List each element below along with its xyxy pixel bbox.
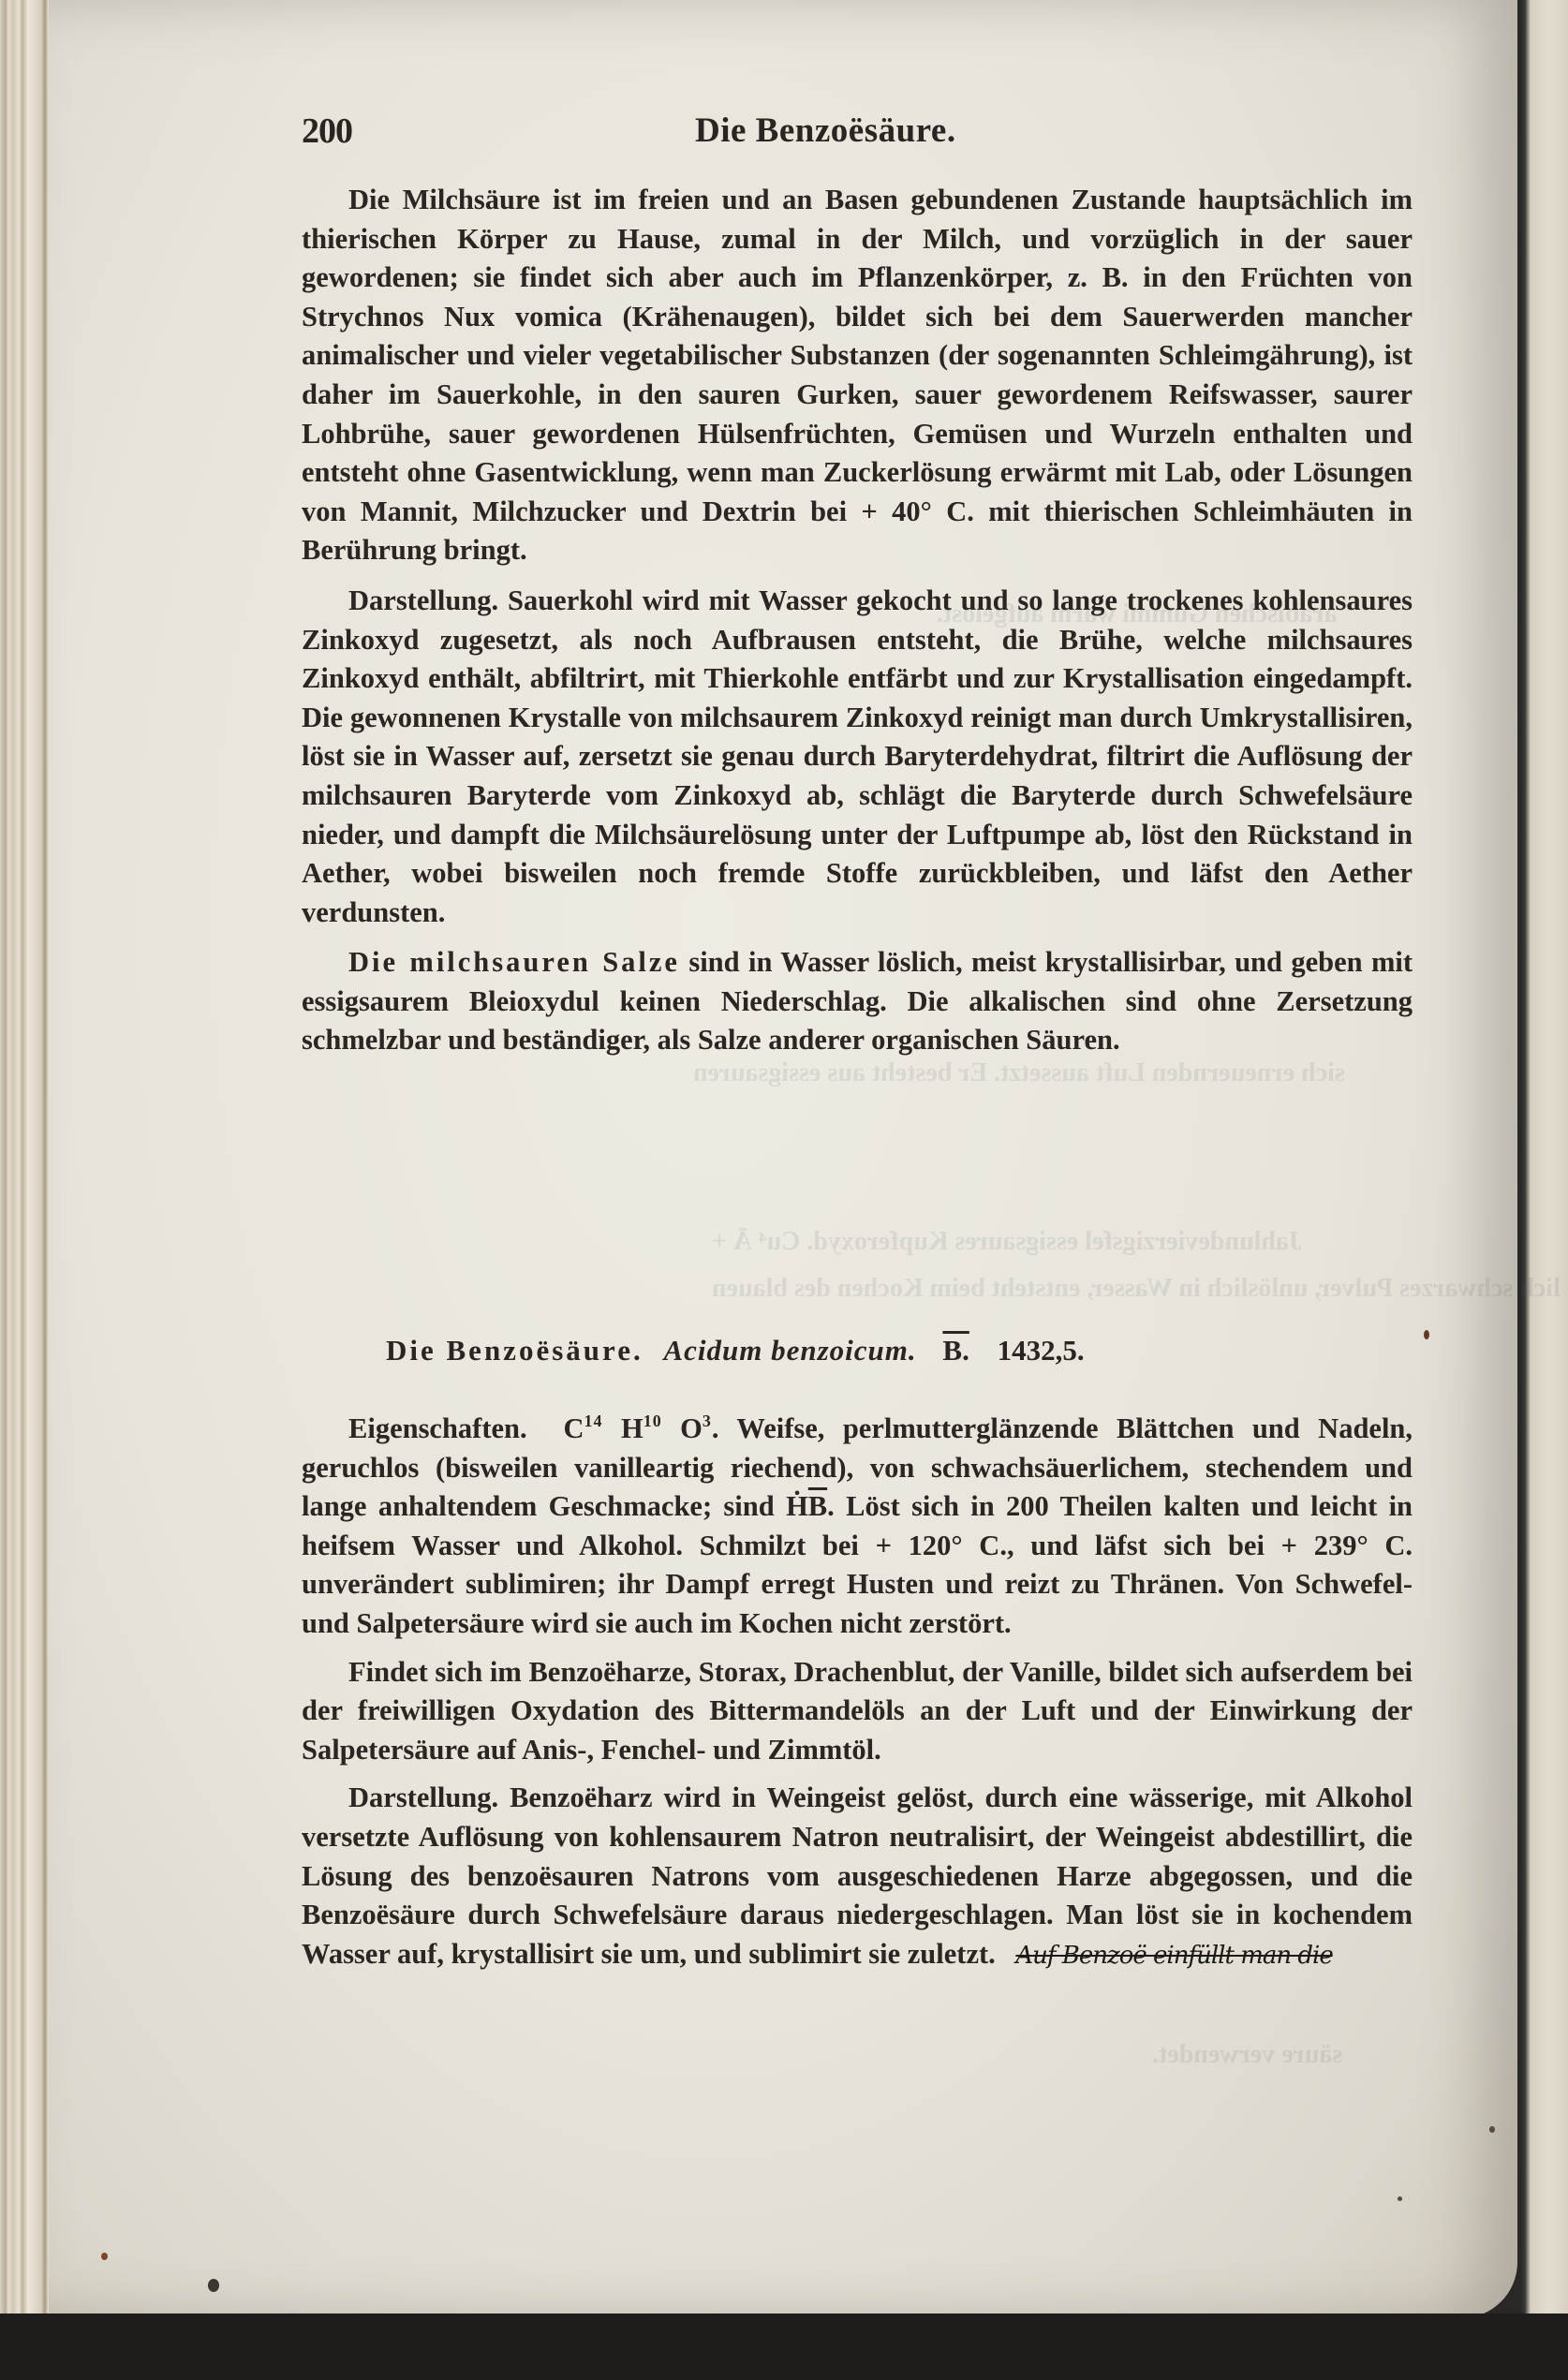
paper-stain <box>1489 2126 1495 2133</box>
section-heading-benzoesaeure: Die Benzoësäure. Acidum benzoicum. B. 14… <box>386 1334 1085 1367</box>
page-number: 200 <box>302 111 352 152</box>
paragraph-vorkommen: Findet sich im Benzoëharze, Storax, Drac… <box>302 1653 1413 1770</box>
paragraph-benzoe-darstellung: Darstellung. Benzoëharz wird in Weingeis… <box>302 1779 1413 1975</box>
chemical-formula: C14 H10 O3. <box>545 1412 718 1444</box>
ink-smudge <box>208 2279 219 2292</box>
formula-element: O <box>680 1412 703 1444</box>
paragraph-milchsaeure-darstellung: Darstellung. Sauerkohl wird mit Wasser g… <box>302 582 1413 932</box>
book-bottom-shadow <box>0 2313 1568 2380</box>
adjacent-page-edge <box>1521 0 1568 2323</box>
paragraph-eigenschaften: Eigenschaften. C14 H10 O3. Weifse, perlm… <box>302 1402 1413 1644</box>
paragraph-milchsaeure-intro: Die Milchsäure ist im freien und an Base… <box>302 181 1413 570</box>
paragraph-lead: Eigenschaften. <box>348 1412 527 1444</box>
running-header: 200 Die Benzoësäure. <box>302 111 1413 157</box>
section-benzoesaeure: Eigenschaften. C14 H10 O3. Weifse, perlm… <box>302 1402 1413 1985</box>
paragraph-text: Sauerkohl wird mit Wasser gekocht und so… <box>302 584 1413 928</box>
running-title: Die Benzoësäure. <box>695 111 956 151</box>
formula-end: . <box>712 1412 719 1444</box>
formula-subscript: 3 <box>703 1412 712 1430</box>
formula-subscript: 10 <box>643 1412 662 1430</box>
paper-stain <box>1424 1330 1429 1339</box>
bleed-through-text: säure verwendet. <box>1152 2040 1342 2070</box>
paragraph-lead: Die milchsauren Salze <box>348 946 680 978</box>
bleed-through-text: lich schwarzes Pulver, unlöslich in Wass… <box>712 1274 1561 1304</box>
paragraph-text: Die Milchsäure ist im freien und an Base… <box>302 184 1413 566</box>
heading-name: Die Benzoësäure. <box>386 1334 643 1367</box>
formula-element: C <box>564 1412 584 1444</box>
section-milchsaeure: Die Milchsäure ist im freien und an Base… <box>302 181 1413 1072</box>
book-page-stack-left <box>0 0 56 2313</box>
paragraph-milchsaeure-salze: Die milchsauren Salze sind in Wasser lös… <box>302 943 1413 1060</box>
formula-element: B <box>808 1490 827 1522</box>
handwritten-annotation: Auf Benzoë einfüllt man die <box>1015 1942 1332 1970</box>
heading-latin-name: Acidum benzoicum. <box>663 1334 916 1367</box>
heading-atomic-weight: 1432,5. <box>998 1334 1085 1367</box>
paper-stain <box>101 2253 108 2260</box>
formula-element: H <box>621 1412 643 1444</box>
paragraph-text: Findet sich im Benzoëharze, Storax, Drac… <box>302 1656 1413 1766</box>
paper-stain <box>1398 2196 1402 2201</box>
paragraph-lead: Darstellung. <box>348 1781 498 1813</box>
bleed-through-text: Jahlundevierzigsfel essigsaures Kupferox… <box>712 1227 1302 1257</box>
formula-element: Ḣ <box>786 1490 808 1522</box>
paragraph-lead: Darstellung. <box>348 584 498 616</box>
formula-subscript: 14 <box>584 1412 603 1430</box>
hydrate-formula: ḢB <box>786 1490 827 1522</box>
heading-chemical-symbol: B. <box>942 1334 969 1367</box>
